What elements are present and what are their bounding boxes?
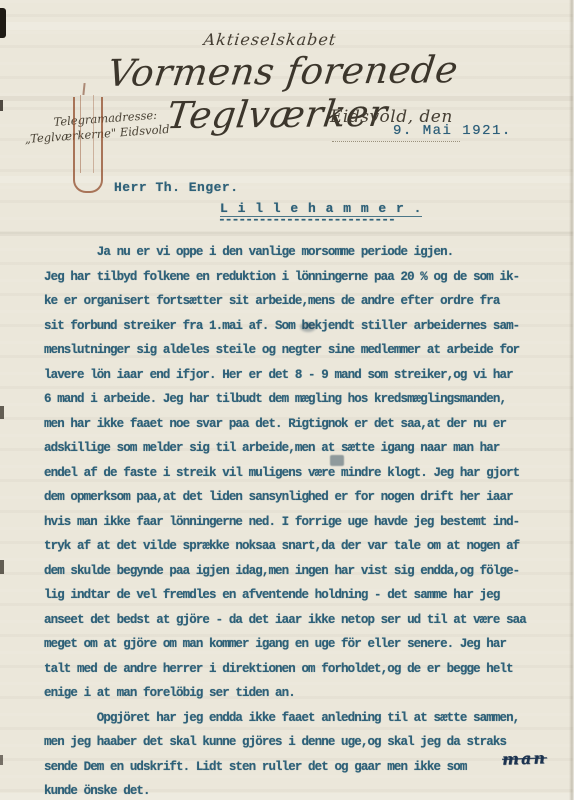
typed-line: 6 mand i arbeide. Jeg har tilbudt dem mæ… <box>44 387 564 412</box>
recipient-underline-dashes: -------------------------- <box>218 212 395 227</box>
typed-line: talt med de andre herrer i direktionen o… <box>44 657 564 682</box>
scan-artifact <box>0 406 4 419</box>
date-rule-line <box>332 140 460 142</box>
recipient-name: Herr Th. Enger. <box>114 180 239 195</box>
typed-line: Ja nu er vi oppe i den vanlige morsomme … <box>44 240 564 265</box>
typed-line: lavere lön iaar end ifjor. Her er det 8 … <box>44 363 564 388</box>
scan-artifact <box>0 560 4 574</box>
typed-line: Jeg har tilbyd folkene en reduktion i lö… <box>44 265 564 290</box>
typed-line: kunde önske det. <box>44 779 564 800</box>
paperclip-rust-mark <box>73 97 103 193</box>
typed-line: dem skulde begynde paa igjen idag,men in… <box>44 559 564 584</box>
typed-line: endel af de faste i streik vil muligens … <box>44 461 564 486</box>
typed-line: meget om at gjöre om man kommer igang en… <box>44 632 564 657</box>
typed-line: lig indtar de vel fremdles en afventende… <box>44 583 564 608</box>
typed-line: adskillige som melder sig til arbeide,me… <box>44 436 564 461</box>
typed-line: menslutninger sig aldeles steile og negt… <box>44 338 564 363</box>
typed-line: men har ikke faaet noe svar paa det. Rig… <box>44 412 564 437</box>
handwritten-correction: man <box>502 748 548 769</box>
typed-line: dem opmerksom paa,at det liden sansynlig… <box>44 485 564 510</box>
typed-line: men jeg haaber det skal kunne gjöres i d… <box>44 730 564 755</box>
typed-line: tryk af at det vilde sprække noksaa snar… <box>44 534 564 559</box>
typed-line: sit forbund streiker fra 1.mai af. Som b… <box>44 314 564 339</box>
typed-line: hvis man ikke faar lönningerne ned. I fo… <box>44 510 564 535</box>
company-prefix: Aktieselskabet <box>0 30 541 49</box>
typed-line: Opgjöret har jeg endda ikke faaet anledn… <box>44 706 564 731</box>
typed-date: 9. Mai 1921. <box>393 123 512 139</box>
letter-body: Ja nu er vi oppe i den vanlige morsomme … <box>44 240 564 800</box>
typed-line: sende Dem en udskrift. Lidt sten ruller … <box>44 755 564 780</box>
typed-line: anseet det bedst at gjöre - da det iaar … <box>44 608 564 633</box>
typed-line: ke er organisert fortsætter sit arbeide,… <box>44 289 564 314</box>
letter-page: Aktieselskabet Vormens forenede Teglværk… <box>0 0 574 800</box>
scan-artifact <box>0 755 3 765</box>
date-row: Eidsvold, den 9. Mai 1921. <box>330 107 570 147</box>
scan-band <box>0 22 574 30</box>
typed-line: enige i at man forelöbig ser tiden an. <box>44 681 564 706</box>
scan-band <box>0 232 574 236</box>
